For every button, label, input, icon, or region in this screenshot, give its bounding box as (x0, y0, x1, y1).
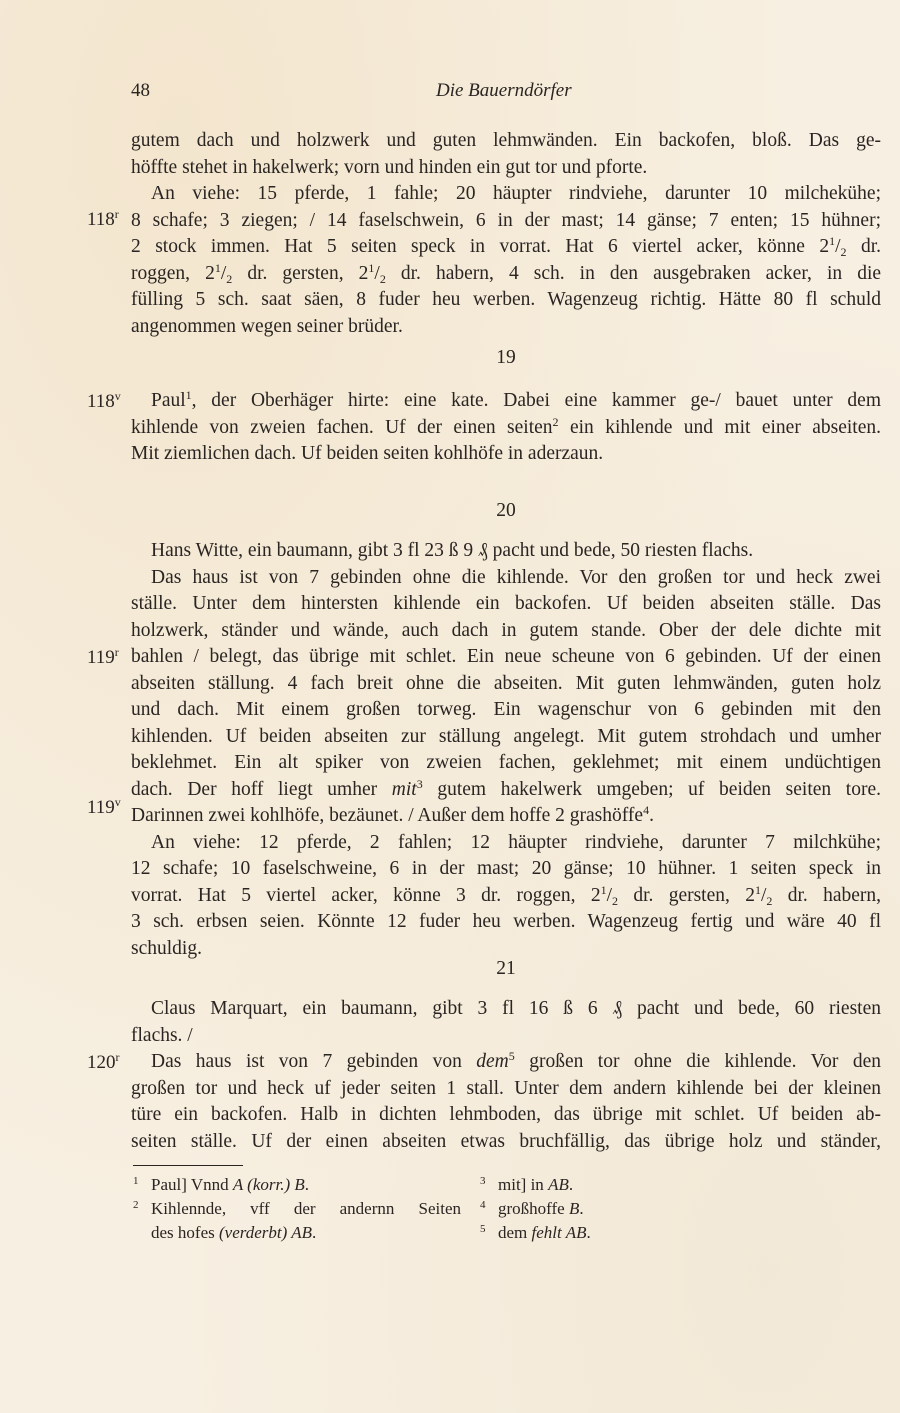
text-line: großen tor und heck uf jeder seiten 1 st… (131, 1076, 881, 1103)
folio-number: 118 (87, 391, 115, 412)
footnote-1: 1 Paul] Vnnd A (korr.) B. (131, 1173, 461, 1197)
folio-side: v (115, 795, 121, 809)
folio-marker: 118r (87, 207, 119, 234)
footnote-mark: 1 (133, 1173, 139, 1189)
text-line: angenommen wegen seiner brüder. (131, 314, 881, 341)
text-line: kihlende von zweien fachen. Uf der einen… (131, 415, 881, 442)
text-line: bahlen / belegt, das übrige mit schlet. … (131, 644, 881, 671)
text-line: Claus Marquart, ein baumann, gibt 3 fl 1… (131, 996, 881, 1023)
running-title: Die Bauerndörfer (436, 80, 572, 102)
footnote-italic: AB (548, 1175, 569, 1194)
footnote-mark: 2 (133, 1197, 139, 1213)
text-line: kihlenden. Uf beiden abseiten zur ställu… (131, 724, 881, 751)
footnote-italic: fehlt AB (532, 1223, 587, 1242)
text-line: Das haus ist von 7 gebinden ohne die kih… (131, 565, 881, 592)
folio-marker: 118v (87, 389, 121, 416)
text-run: ein kihlende und mit einer abseiten. (559, 417, 881, 438)
fraction-denominator: 2 (766, 894, 772, 908)
footnote-italic: B (569, 1199, 579, 1218)
text-line: höffte stehet in hakelwerk; vorn und hin… (131, 155, 881, 182)
footnote-text: Kihlennde, vff der andernn Seiten (151, 1197, 461, 1221)
continuation-paragraph: gutem dach und holzwerk und guten lehmwä… (131, 128, 881, 340)
text-line: dach. Der hoff liegt umher mit3 gutem ha… (131, 777, 881, 804)
text-line: und dach. Mit einem großen torweg. Ein w… (131, 697, 881, 724)
text-line: beklehmet. Ein alt spiker von zweien fac… (131, 750, 881, 777)
fraction-denominator: 2 (380, 272, 386, 286)
text-line: gutem dach und holzwerk und guten lehmwä… (131, 128, 881, 155)
folio-side: r (115, 645, 119, 659)
folio-side: v (115, 389, 121, 403)
text-line: roggen, 21/2 dr. gersten, 21/2 dr. haber… (131, 261, 881, 288)
text-line: Darinnen zwei kohlhöfe, bezäunet. / Auße… (131, 803, 881, 830)
folio-marker: 119v (87, 795, 121, 822)
text-line: seiten ställe. Uf der einen abseiten etw… (131, 1129, 881, 1156)
footnote-rule (133, 1165, 243, 1166)
text-line: Hans Witte, ein baumann, gibt 3 fl 23 ß … (131, 538, 881, 565)
text-line: abseiten ställung. 4 fach breit ohne die… (131, 671, 881, 698)
folio-side: r (115, 207, 119, 221)
text-line: Mit ziemlichen dach. Uf beiden seiten ko… (131, 441, 881, 468)
text-line: An viehe: 15 pferde, 1 fahle; 20 häupter… (131, 181, 881, 208)
section-20-paragraph: Hans Witte, ein baumann, gibt 3 fl 23 ß … (131, 538, 881, 962)
text-line: vorrat. Hat 5 viertel acker, könne 3 dr.… (131, 883, 881, 910)
folio-number: 119 (87, 647, 115, 668)
text-run: roggen, 2 (131, 263, 215, 284)
text-run: dr. gersten, 2 (247, 263, 368, 284)
footnote-mark: 5 (480, 1221, 486, 1237)
text-run: großen tor ohne die kihlende. Vor den (515, 1051, 881, 1072)
section-21-paragraph: Claus Marquart, ein baumann, gibt 3 fl 1… (131, 996, 881, 1155)
text-run: gutem hakelwerk umgeben; uf beiden seite… (423, 779, 881, 800)
text-run: kihlende von zweien fachen. Uf der einen… (131, 417, 553, 438)
page-number: 48 (131, 80, 150, 102)
italic-run: dem (476, 1051, 509, 1072)
footnote-tail: . (305, 1175, 309, 1194)
text-line: türe ein backofen. Halb in dichten lehmb… (131, 1102, 881, 1129)
text-run: dr. gersten, 2 (633, 885, 755, 906)
text-line: ställe. Unter dem hintersten kihlende ei… (131, 591, 881, 618)
footnote-text: des hofes (151, 1223, 219, 1242)
footnote-tail: . (569, 1175, 573, 1194)
footnote-tail: . (579, 1199, 583, 1218)
folio-number: 120 (87, 1052, 116, 1073)
footnote-text: großhoffe (498, 1199, 569, 1218)
footnotes-left-column: 1 Paul] Vnnd A (korr.) B. 2 Kihlennde, v… (131, 1173, 461, 1245)
text-line: Das haus ist von 7 gebinden von dem5 gro… (131, 1049, 881, 1076)
text-run: , der Oberhäger hirte: eine kate. Dabei … (192, 390, 881, 411)
footnote-mark: 4 (480, 1197, 486, 1213)
text-run: dr. habern, (788, 885, 881, 906)
folio-number: 118 (87, 209, 115, 230)
footnote-text: dem (498, 1223, 532, 1242)
text-run: Das haus ist von 7 gebinden von (151, 1051, 476, 1072)
folio-marker: 120r (87, 1050, 120, 1077)
footnote-italic: (verderbt) AB (219, 1223, 312, 1242)
running-head: 48 Die Bauerndörfer (131, 80, 881, 104)
text-run: 2 stock immen. Hat 5 seiten speck in vor… (131, 236, 829, 257)
text-run: Paul (151, 390, 186, 411)
text-line: 2 stock immen. Hat 5 seiten speck in vor… (131, 234, 881, 261)
text-line: Paul1, der Oberhäger hirte: eine kate. D… (131, 388, 881, 415)
text-line: 3 sch. erbsen seien. Könnte 12 fuder heu… (131, 909, 881, 936)
text-run: dr. (861, 236, 881, 257)
text-line: 12 schafe; 10 faselschweine, 6 in der ma… (131, 856, 881, 883)
text-line: fülling 5 sch. saat säen, 8 fuder heu we… (131, 287, 881, 314)
section-number-20: 20 (131, 500, 881, 522)
footnote-tail: . (586, 1223, 590, 1242)
footnote-tail: . (312, 1223, 316, 1242)
text-run: . (649, 805, 654, 826)
footnote-2: 2 Kihlennde, vff der andernn Seiten des … (131, 1197, 461, 1245)
folio-marker: 119r (87, 645, 119, 672)
text-run: dr. habern, 4 sch. in den ausgebraken ac… (401, 263, 881, 284)
text-run: vorrat. Hat 5 viertel acker, könne 3 dr.… (131, 885, 601, 906)
text-run: Darinnen zwei kohlhöfe, bezäunet. / Auße… (131, 805, 643, 826)
text-line: flachs. / (131, 1023, 881, 1050)
folio-side: r (116, 1050, 120, 1064)
fraction-denominator: 2 (841, 245, 847, 259)
fraction-denominator: 2 (226, 272, 232, 286)
footnote-mark: 3 (480, 1173, 486, 1189)
text-line: An viehe: 12 pferde, 2 fahlen; 12 häupte… (131, 830, 881, 857)
footnote-italic: A (korr.) B (233, 1175, 305, 1194)
footnotes-right-column: 3 mit] in AB. 4 großhoffe B. 5 dem fehlt… (478, 1173, 698, 1245)
fraction-denominator: 2 (612, 894, 618, 908)
folio-number: 119 (87, 797, 115, 818)
footnote-4: 4 großhoffe B. (478, 1197, 698, 1221)
text-line: 8 schafe; 3 ziegen; / 14 faselschwein, 6… (131, 208, 881, 235)
book-page: 48 Die Bauerndörfer gutem dach und holzw… (0, 0, 900, 1413)
footnote-text: Paul] Vnnd (151, 1175, 233, 1194)
footnote-5: 5 dem fehlt AB. (478, 1221, 698, 1245)
text-run: dach. Der hoff liegt umher (131, 779, 392, 800)
footnote-3: 3 mit] in AB. (478, 1173, 698, 1197)
text-line: holzwerk, ständer und wände, auch dach i… (131, 618, 881, 645)
section-number-19: 19 (131, 347, 881, 369)
section-number-21: 21 (131, 958, 881, 980)
footnote-text: mit] in (498, 1175, 548, 1194)
section-19-paragraph: Paul1, der Oberhäger hirte: eine kate. D… (131, 388, 881, 468)
italic-run: mit (392, 779, 417, 800)
